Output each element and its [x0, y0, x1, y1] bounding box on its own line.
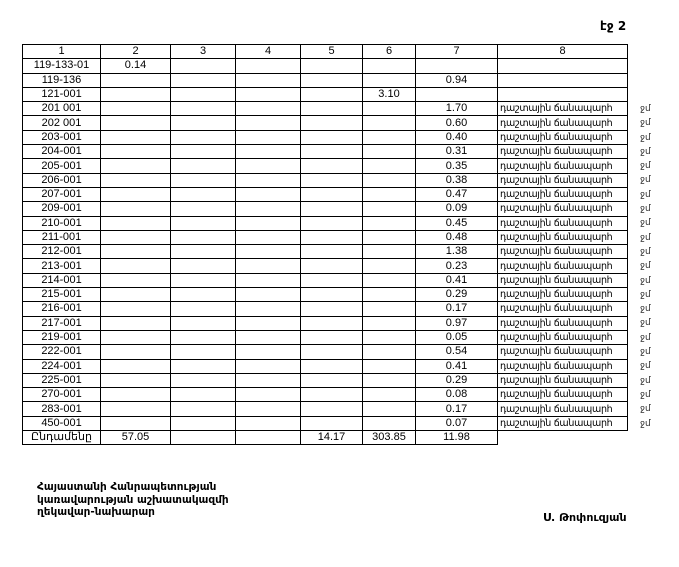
- cell-c2: 0.14: [101, 59, 171, 73]
- cell-c4: [236, 431, 301, 445]
- cell-c2: [101, 359, 171, 373]
- cell-c1: 121-001: [23, 87, 101, 101]
- row-suffix: ջմ: [640, 231, 651, 245]
- cell-c8: դաշտային ճանապարհ: [498, 187, 628, 201]
- column-header: 8: [498, 45, 628, 59]
- cell-c3: [171, 373, 236, 387]
- row-suffix: ջմ: [640, 159, 651, 173]
- cell-c7: 0.94: [416, 73, 498, 87]
- cell-c6: [363, 388, 416, 402]
- cell-c7: 0.38: [416, 173, 498, 187]
- row-suffix: ջմ: [640, 345, 651, 359]
- cell-c7: 0.60: [416, 116, 498, 130]
- cell-c4: [236, 345, 301, 359]
- cell-c8: դաշտային ճանապարհ: [498, 273, 628, 287]
- cell-c6: [363, 330, 416, 344]
- table-row: 212-0011.38դաշտային ճանապարհ: [23, 245, 628, 259]
- column-header: 5: [301, 45, 363, 59]
- cell-c2: [101, 273, 171, 287]
- cell-c1: 209-001: [23, 202, 101, 216]
- cell-c8: դաշտային ճանապարհ: [498, 302, 628, 316]
- cell-c5: [301, 302, 363, 316]
- cell-c3: [171, 159, 236, 173]
- cell-c5: [301, 245, 363, 259]
- table-row: 216-0010.17դաշտային ճանապարհ: [23, 302, 628, 316]
- cell-c5: [301, 359, 363, 373]
- position-line: կառավարության աշխատակազմի: [37, 494, 229, 507]
- cell-c5: [301, 373, 363, 387]
- cell-c4: [236, 316, 301, 330]
- row-suffix: ջմ: [640, 274, 651, 288]
- column-header: 3: [171, 45, 236, 59]
- cell-c2: [101, 87, 171, 101]
- cell-c6: [363, 230, 416, 244]
- table-row: 217-0010.97դաշտային ճանապարհ: [23, 316, 628, 330]
- table-row: 224-0010.41դաշտային ճանապարհ: [23, 359, 628, 373]
- cell-c6: [363, 373, 416, 387]
- cell-c7: 0.40: [416, 130, 498, 144]
- row-suffix: ջմ: [640, 316, 651, 330]
- cell-c4: [236, 245, 301, 259]
- cell-c3: [171, 302, 236, 316]
- cell-c6: [363, 416, 416, 430]
- cell-c8: դաշտային ճանապարհ: [498, 173, 628, 187]
- cell-c6: [363, 216, 416, 230]
- cell-c3: [171, 216, 236, 230]
- cell-c5: [301, 316, 363, 330]
- cell-c4: [236, 273, 301, 287]
- table-row: 119-133-010.14: [23, 59, 628, 73]
- cell-c1: 204-001: [23, 145, 101, 159]
- cell-c6: [363, 359, 416, 373]
- table-row: 210-0010.45դաշտային ճանապարհ: [23, 216, 628, 230]
- cell-c8: [498, 87, 628, 101]
- cell-c4: [236, 288, 301, 302]
- table-row: 214-0010.41դաշտային ճանապարհ: [23, 273, 628, 287]
- cell-c6: [363, 59, 416, 73]
- cell-c2: [101, 373, 171, 387]
- cell-c1: 212-001: [23, 245, 101, 259]
- cell-c1: 224-001: [23, 359, 101, 373]
- cell-c8: [498, 73, 628, 87]
- cell-c5: [301, 187, 363, 201]
- table-row: 202 0010.60դաշտային ճանապարհ: [23, 116, 628, 130]
- cell-c6: [363, 173, 416, 187]
- cell-c5: [301, 130, 363, 144]
- table-row: 205-0010.35դաշտային ճանապարհ: [23, 159, 628, 173]
- cell-c4: [236, 159, 301, 173]
- cell-c6: [363, 202, 416, 216]
- cell-c8: դաշտային ճանապարհ: [498, 388, 628, 402]
- cell-c3: [171, 173, 236, 187]
- row-suffix: ջմ: [640, 288, 651, 302]
- cell-c7: [416, 87, 498, 101]
- cell-c7: 0.29: [416, 373, 498, 387]
- cell-c3: [171, 130, 236, 144]
- cell-c8: դաշտային ճանապարհ: [498, 345, 628, 359]
- cell-c5: [301, 416, 363, 430]
- cell-c7: 0.45: [416, 216, 498, 230]
- cell-c8: [498, 431, 628, 445]
- cell-c7: 0.17: [416, 302, 498, 316]
- cell-c1: 203-001: [23, 130, 101, 144]
- cell-c1: 210-001: [23, 216, 101, 230]
- cell-c2: [101, 259, 171, 273]
- total-row: Ընդամենը57.0514.17303.8511.98: [23, 431, 628, 445]
- cell-c8: դաշտային ճանապարհ: [498, 116, 628, 130]
- cell-c6: [363, 288, 416, 302]
- cell-c1: Ընդամենը: [23, 431, 101, 445]
- cell-c6: [363, 187, 416, 201]
- cell-c6: [363, 273, 416, 287]
- row-suffix: ջմ: [640, 417, 651, 431]
- table-row: 206-0010.38դաշտային ճանապարհ: [23, 173, 628, 187]
- row-suffix: ջմ: [640, 302, 651, 316]
- official-position: Հայաստանի Հանրապետության կառավարության ա…: [37, 481, 229, 519]
- cell-c1: 216-001: [23, 302, 101, 316]
- cell-c5: [301, 402, 363, 416]
- cell-c3: [171, 388, 236, 402]
- cell-c8: [498, 59, 628, 73]
- cell-c1: 213-001: [23, 259, 101, 273]
- cell-c6: [363, 130, 416, 144]
- cell-c7: 0.48: [416, 230, 498, 244]
- data-table: 12345678 119-133-010.14119-1360.94121-00…: [22, 44, 628, 445]
- cell-c5: [301, 73, 363, 87]
- cell-c7: 11.98: [416, 431, 498, 445]
- cell-c4: [236, 230, 301, 244]
- cell-c6: [363, 302, 416, 316]
- column-header: 2: [101, 45, 171, 59]
- cell-c2: [101, 345, 171, 359]
- cell-c2: [101, 245, 171, 259]
- cell-c5: [301, 259, 363, 273]
- cell-c4: [236, 359, 301, 373]
- cell-c2: [101, 288, 171, 302]
- table-row: 204-0010.31դաշտային ճանապարհ: [23, 145, 628, 159]
- table-row: 213-0010.23դաշտային ճանապարհ: [23, 259, 628, 273]
- cell-c3: [171, 273, 236, 287]
- table-row: 219-0010.05դաշտային ճանապարհ: [23, 330, 628, 344]
- cell-c6: [363, 116, 416, 130]
- cell-c3: [171, 330, 236, 344]
- cell-c8: դաշտային ճանապարհ: [498, 130, 628, 144]
- cell-c2: [101, 145, 171, 159]
- cell-c5: [301, 159, 363, 173]
- cell-c1: 219-001: [23, 330, 101, 344]
- cell-c4: [236, 202, 301, 216]
- cell-c5: 14.17: [301, 431, 363, 445]
- cell-c6: [363, 73, 416, 87]
- cell-c6: 303.85: [363, 431, 416, 445]
- row-suffix: ջմ: [640, 402, 651, 416]
- cell-c8: դաշտային ճանապարհ: [498, 202, 628, 216]
- cell-c6: [363, 259, 416, 273]
- signature-name: Ս. Թոփուզյան: [543, 511, 627, 524]
- cell-c1: 222-001: [23, 345, 101, 359]
- cell-c2: [101, 130, 171, 144]
- row-suffix: ջմ: [640, 374, 651, 388]
- row-suffix: ջմ: [640, 388, 651, 402]
- cell-c4: [236, 145, 301, 159]
- cell-c2: [101, 330, 171, 344]
- row-suffix: ջմ: [640, 245, 651, 259]
- cell-c5: [301, 273, 363, 287]
- cell-c8: դաշտային ճանապարհ: [498, 216, 628, 230]
- cell-c7: 0.31: [416, 145, 498, 159]
- cell-c6: [363, 145, 416, 159]
- cell-c4: [236, 102, 301, 116]
- row-suffix: ջմ: [640, 131, 651, 145]
- cell-c7: 0.05: [416, 330, 498, 344]
- cell-c7: [416, 59, 498, 73]
- cell-c2: [101, 230, 171, 244]
- row-suffix: ջմ: [640, 259, 651, 273]
- cell-c3: [171, 416, 236, 430]
- cell-c7: 0.17: [416, 402, 498, 416]
- cell-c5: [301, 288, 363, 302]
- cell-c7: 0.23: [416, 259, 498, 273]
- cell-c1: 214-001: [23, 273, 101, 287]
- cell-c5: [301, 102, 363, 116]
- cell-c2: [101, 402, 171, 416]
- cell-c5: [301, 59, 363, 73]
- cell-c6: [363, 102, 416, 116]
- cell-c7: 0.97: [416, 316, 498, 330]
- cell-c4: [236, 87, 301, 101]
- cell-c7: 1.70: [416, 102, 498, 116]
- table-header-row: 12345678: [23, 45, 628, 59]
- table-row: 283-0010.17դաշտային ճանապարհ: [23, 402, 628, 416]
- cell-c8: դաշտային ճանապարհ: [498, 316, 628, 330]
- cell-c3: [171, 145, 236, 159]
- cell-c1: 450-001: [23, 416, 101, 430]
- cell-c3: [171, 402, 236, 416]
- cell-c7: 0.41: [416, 273, 498, 287]
- cell-c4: [236, 130, 301, 144]
- cell-c4: [236, 216, 301, 230]
- table-row: 270-0010.08դաշտային ճանապարհ: [23, 388, 628, 402]
- page-number-label: էջ 2: [600, 19, 626, 33]
- table-row: 119-1360.94: [23, 73, 628, 87]
- cell-c3: [171, 202, 236, 216]
- cell-c2: [101, 173, 171, 187]
- cell-c3: [171, 73, 236, 87]
- cell-c5: [301, 216, 363, 230]
- cell-c5: [301, 345, 363, 359]
- row-suffix: ջմ: [640, 331, 651, 345]
- cell-c7: 0.47: [416, 187, 498, 201]
- cell-c8: դաշտային ճանապարհ: [498, 402, 628, 416]
- table-row: 225-0010.29դաշտային ճանապարհ: [23, 373, 628, 387]
- cell-c2: [101, 159, 171, 173]
- row-suffix: ջմ: [640, 202, 651, 216]
- cell-c5: [301, 202, 363, 216]
- cell-c4: [236, 173, 301, 187]
- row-suffix: ջմ: [640, 116, 651, 130]
- cell-c4: [236, 73, 301, 87]
- cell-c8: դաշտային ճանապարհ: [498, 230, 628, 244]
- cell-c1: 119-136: [23, 73, 101, 87]
- cell-c4: [236, 116, 301, 130]
- cell-c1: 202 001: [23, 116, 101, 130]
- cell-c7: 0.35: [416, 159, 498, 173]
- cell-c2: [101, 116, 171, 130]
- cell-c8: դաշտային ճանապարհ: [498, 373, 628, 387]
- cell-c2: [101, 73, 171, 87]
- cell-c1: 225-001: [23, 373, 101, 387]
- column-header: 1: [23, 45, 101, 59]
- cell-c3: [171, 345, 236, 359]
- cell-c7: 1.38: [416, 245, 498, 259]
- cell-c2: [101, 216, 171, 230]
- cell-c4: [236, 402, 301, 416]
- position-line: ղեկավար-նախարար: [37, 506, 229, 519]
- column-header: 4: [236, 45, 301, 59]
- cell-c8: դաշտային ճանապարհ: [498, 359, 628, 373]
- cell-c2: [101, 302, 171, 316]
- cell-c1: 217-001: [23, 316, 101, 330]
- cell-c6: [363, 345, 416, 359]
- cell-c7: 0.07: [416, 416, 498, 430]
- cell-c4: [236, 416, 301, 430]
- cell-c7: 0.29: [416, 288, 498, 302]
- cell-c5: [301, 230, 363, 244]
- cell-c5: [301, 173, 363, 187]
- cell-c8: դաշտային ճանապարհ: [498, 145, 628, 159]
- row-suffix: ջմ: [640, 102, 651, 116]
- cell-c3: [171, 102, 236, 116]
- cell-c3: [171, 59, 236, 73]
- cell-c5: [301, 388, 363, 402]
- table-row: 222-0010.54դաշտային ճանապարհ: [23, 345, 628, 359]
- table-row: 203-0010.40դաշտային ճանապարհ: [23, 130, 628, 144]
- cell-c3: [171, 116, 236, 130]
- cell-c3: [171, 187, 236, 201]
- cell-c5: [301, 145, 363, 159]
- cell-c2: 57.05: [101, 431, 171, 445]
- cell-c1: 211-001: [23, 230, 101, 244]
- cell-c1: 205-001: [23, 159, 101, 173]
- cell-c6: [363, 159, 416, 173]
- cell-c4: [236, 259, 301, 273]
- table-row: 207-0010.47դաշտային ճանապարհ: [23, 187, 628, 201]
- cell-c5: [301, 116, 363, 130]
- cell-c6: [363, 245, 416, 259]
- column-header: 6: [363, 45, 416, 59]
- cell-c3: [171, 87, 236, 101]
- cell-c7: 0.41: [416, 359, 498, 373]
- cell-c6: [363, 316, 416, 330]
- cell-c4: [236, 388, 301, 402]
- cell-c3: [171, 431, 236, 445]
- row-suffix-column: ջմջմջմջմջմջմջմջմջմջմջմջմջմջմջմջմջմջմջմջմ…: [640, 102, 651, 431]
- row-suffix: ջմ: [640, 173, 651, 187]
- cell-c3: [171, 230, 236, 244]
- cell-c4: [236, 187, 301, 201]
- row-suffix: ջմ: [640, 188, 651, 202]
- cell-c1: 215-001: [23, 288, 101, 302]
- table-row: 450-0010.07դաշտային ճանապարհ: [23, 416, 628, 430]
- cell-c8: դաշտային ճանապարհ: [498, 259, 628, 273]
- cell-c2: [101, 102, 171, 116]
- table-row: 201 0011.70դաշտային ճանապարհ: [23, 102, 628, 116]
- cell-c3: [171, 288, 236, 302]
- cell-c8: դաշտային ճանապարհ: [498, 288, 628, 302]
- cell-c3: [171, 316, 236, 330]
- cell-c8: դաշտային ճանապարհ: [498, 245, 628, 259]
- cell-c4: [236, 302, 301, 316]
- cell-c7: 0.54: [416, 345, 498, 359]
- row-suffix: ջմ: [640, 145, 651, 159]
- column-header: 7: [416, 45, 498, 59]
- row-suffix: ջմ: [640, 216, 651, 230]
- table-row: 211-0010.48դաշտային ճանապարհ: [23, 230, 628, 244]
- cell-c3: [171, 245, 236, 259]
- cell-c6: 3.10: [363, 87, 416, 101]
- cell-c8: դաշտային ճանապարհ: [498, 159, 628, 173]
- cell-c8: դաշտային ճանապարհ: [498, 330, 628, 344]
- cell-c2: [101, 388, 171, 402]
- cell-c2: [101, 187, 171, 201]
- table-row: 209-0010.09դաշտային ճանապարհ: [23, 202, 628, 216]
- cell-c3: [171, 259, 236, 273]
- cell-c7: 0.09: [416, 202, 498, 216]
- cell-c5: [301, 330, 363, 344]
- cell-c8: դաշտային ճանապարհ: [498, 102, 628, 116]
- cell-c1: 206-001: [23, 173, 101, 187]
- cell-c4: [236, 59, 301, 73]
- cell-c5: [301, 87, 363, 101]
- table-row: 121-0013.10: [23, 87, 628, 101]
- cell-c1: 201 001: [23, 102, 101, 116]
- cell-c1: 283-001: [23, 402, 101, 416]
- cell-c1: 270-001: [23, 388, 101, 402]
- position-line: Հայաստանի Հանրապետության: [37, 481, 229, 494]
- cell-c7: 0.08: [416, 388, 498, 402]
- row-suffix: ջմ: [640, 359, 651, 373]
- cell-c3: [171, 359, 236, 373]
- cell-c8: դաշտային ճանապարհ: [498, 416, 628, 430]
- cell-c4: [236, 330, 301, 344]
- cell-c2: [101, 202, 171, 216]
- table-row: 215-0010.29դաշտային ճանապարհ: [23, 288, 628, 302]
- cell-c2: [101, 416, 171, 430]
- cell-c1: 119-133-01: [23, 59, 101, 73]
- cell-c6: [363, 402, 416, 416]
- cell-c1: 207-001: [23, 187, 101, 201]
- cell-c4: [236, 373, 301, 387]
- cell-c2: [101, 316, 171, 330]
